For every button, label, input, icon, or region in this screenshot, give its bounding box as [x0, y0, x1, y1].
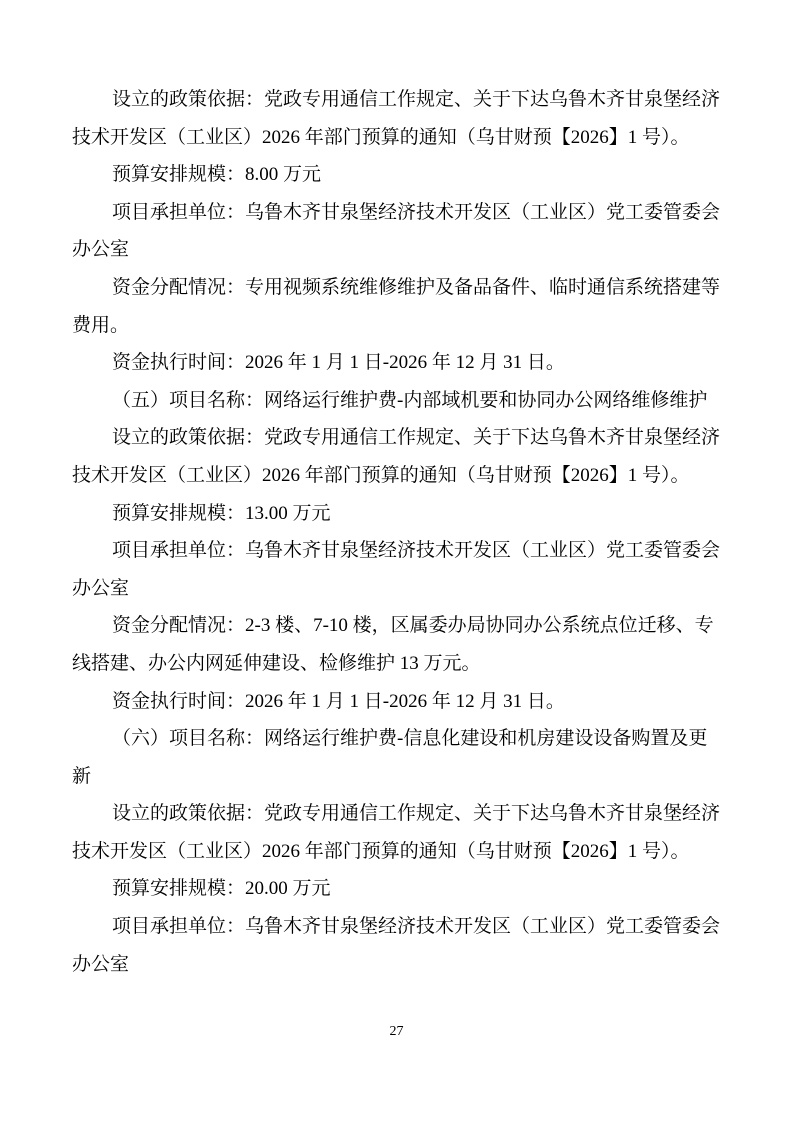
paragraph-project-name-6: （六）项目名称：网络运行维护费-信息化建设和机房建设设备购置及更 新 [72, 720, 721, 795]
text-line: 设立的政策依据：党政专用通信工作规定、关于下达乌鲁木齐甘泉堡经济 [72, 419, 721, 457]
text-line: 资金执行时间：2026 年 1 月 1 日-2026 年 12 月 31 日。 [72, 344, 721, 382]
text-line: 技术开发区（工业区）2026 年部门预算的通知（乌甘财预【2026】1 号）。 [72, 457, 721, 495]
paragraph-policy-basis-3: 设立的政策依据：党政专用通信工作规定、关于下达乌鲁木齐甘泉堡经济 技术开发区（工… [72, 795, 721, 870]
paragraph-execution-time-2: 资金执行时间：2026 年 1 月 1 日-2026 年 12 月 31 日。 [72, 683, 721, 721]
text-line: 项目承担单位：乌鲁木齐甘泉堡经济技术开发区（工业区）党工委管委会 [72, 532, 721, 570]
paragraph-budget-scale-1: 预算安排规模：8.00 万元 [72, 156, 721, 194]
text-line: 设立的政策依据：党政专用通信工作规定、关于下达乌鲁木齐甘泉堡经济 [72, 795, 721, 833]
text-line: 资金分配情况：专用视频系统维修维护及备品备件、临时通信系统搭建等 [72, 269, 721, 307]
paragraph-project-name-5: （五）项目名称：网络运行维护费-内部域机要和协同办公网络维修维护 [72, 382, 721, 420]
paragraph-undertaking-unit-3: 项目承担单位：乌鲁木齐甘泉堡经济技术开发区（工业区）党工委管委会 办公室 [72, 908, 721, 983]
text-line: 项目承担单位：乌鲁木齐甘泉堡经济技术开发区（工业区）党工委管委会 [72, 908, 721, 946]
paragraph-fund-allocation-2: 资金分配情况：2-3 楼、7-10 楼，区属委办局协同办公系统点位迁移、专 线搭… [72, 607, 721, 682]
text-line: 项目承担单位：乌鲁木齐甘泉堡经济技术开发区（工业区）党工委管委会 [72, 194, 721, 232]
paragraph-fund-allocation-1: 资金分配情况：专用视频系统维修维护及备品备件、临时通信系统搭建等 费用。 [72, 269, 721, 344]
paragraph-budget-scale-3: 预算安排规模：20.00 万元 [72, 870, 721, 908]
text-line: 设立的政策依据：党政专用通信工作规定、关于下达乌鲁木齐甘泉堡经济 [72, 81, 721, 119]
text-line: 办公室 [72, 946, 721, 984]
document-body: 设立的政策依据：党政专用通信工作规定、关于下达乌鲁木齐甘泉堡经济 技术开发区（工… [72, 81, 721, 983]
paragraph-policy-basis-2: 设立的政策依据：党政专用通信工作规定、关于下达乌鲁木齐甘泉堡经济 技术开发区（工… [72, 419, 721, 494]
paragraph-policy-basis-1: 设立的政策依据：党政专用通信工作规定、关于下达乌鲁木齐甘泉堡经济 技术开发区（工… [72, 81, 721, 156]
paragraph-execution-time-1: 资金执行时间：2026 年 1 月 1 日-2026 年 12 月 31 日。 [72, 344, 721, 382]
text-line: 资金分配情况：2-3 楼、7-10 楼，区属委办局协同办公系统点位迁移、专 [72, 607, 721, 645]
text-line: 预算安排规模：8.00 万元 [72, 156, 721, 194]
text-line: 线搭建、办公内网延伸建设、检修维护 13 万元。 [72, 645, 721, 683]
text-line: 费用。 [72, 307, 721, 345]
text-line: 办公室 [72, 570, 721, 608]
paragraph-undertaking-unit-2: 项目承担单位：乌鲁木齐甘泉堡经济技术开发区（工业区）党工委管委会 办公室 [72, 532, 721, 607]
text-line: 办公室 [72, 231, 721, 269]
page-number: 27 [0, 1020, 793, 1044]
text-line: 资金执行时间：2026 年 1 月 1 日-2026 年 12 月 31 日。 [72, 683, 721, 721]
text-line: 预算安排规模：20.00 万元 [72, 870, 721, 908]
paragraph-budget-scale-2: 预算安排规模：13.00 万元 [72, 495, 721, 533]
text-line: 技术开发区（工业区）2026 年部门预算的通知（乌甘财预【2026】1 号）。 [72, 833, 721, 871]
document-page: 设立的政策依据：党政专用通信工作规定、关于下达乌鲁木齐甘泉堡经济 技术开发区（工… [0, 0, 793, 1122]
text-line: 新 [72, 758, 721, 796]
text-line: （六）项目名称：网络运行维护费-信息化建设和机房建设设备购置及更 [72, 720, 721, 758]
text-line: （五）项目名称：网络运行维护费-内部域机要和协同办公网络维修维护 [72, 382, 721, 420]
text-line: 技术开发区（工业区）2026 年部门预算的通知（乌甘财预【2026】1 号）。 [72, 119, 721, 157]
paragraph-undertaking-unit-1: 项目承担单位：乌鲁木齐甘泉堡经济技术开发区（工业区）党工委管委会 办公室 [72, 194, 721, 269]
text-line: 预算安排规模：13.00 万元 [72, 495, 721, 533]
